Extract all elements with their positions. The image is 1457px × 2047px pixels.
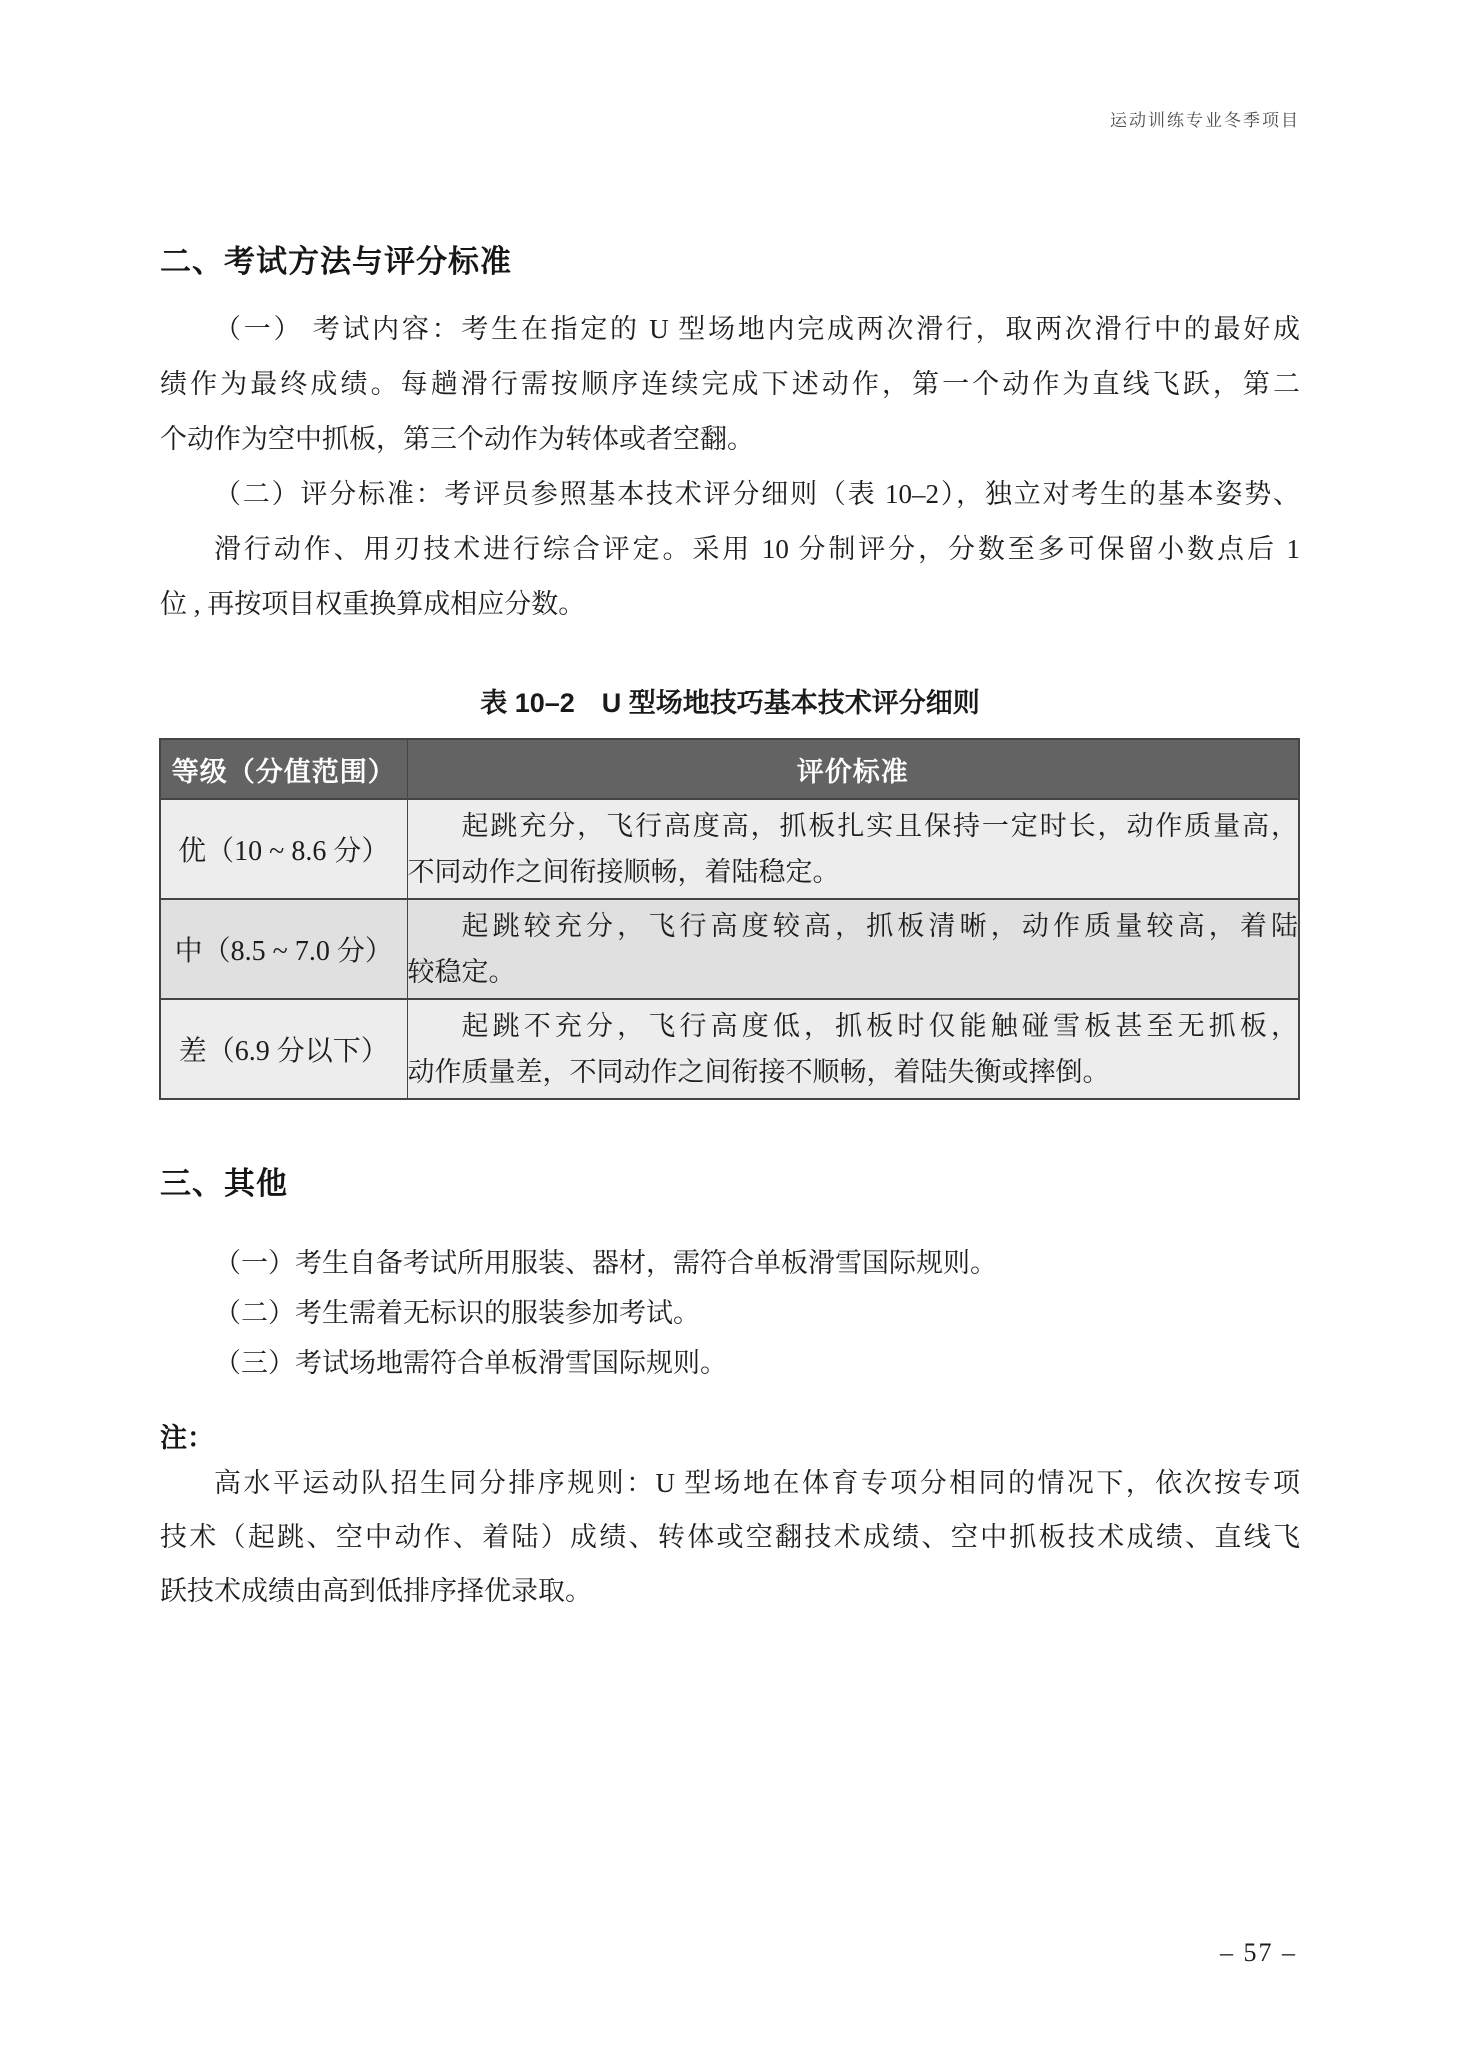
note-line: 跃技术成绩由高到低排序择优录取。 xyxy=(160,1564,1300,1618)
paragraph-line: （一） 考试内容：考生在指定的 U 型场地内完成两次滑行，取两次滑行中的最好成 xyxy=(160,302,1300,357)
section-heading-exam-method: 二、考试方法与评分标准 xyxy=(160,236,512,281)
col-header-grade: 等级（分值范围） xyxy=(160,739,407,799)
list-item: （一）考生自备考试所用服装、器材，需符合单板滑雪国际规则。 xyxy=(160,1238,1300,1288)
table-row-poor: 差（6.9 分以下） 起跳不充分，飞行高度低，抓板时仅能触碰雪板甚至无抓板， 动… xyxy=(160,999,1299,1099)
table-row-medium: 中（8.5 ~ 7.0 分） 起跳较充分，飞行高度较高，抓板清晰，动作质量较高，… xyxy=(160,899,1299,999)
grade-cell: 差（6.9 分以下） xyxy=(160,999,407,1099)
criteria-line: 起跳较充分，飞行高度较高，抓板清晰，动作质量较高，着陆 xyxy=(408,903,1299,949)
paragraph-line: 个动作为空中抓板，第三个动作为转体或者空翻。 xyxy=(160,412,1300,467)
paragraph-line: 位 , 再按项目权重换算成相应分数。 xyxy=(160,577,1300,632)
note-label: 注： xyxy=(160,1416,214,1455)
note-paragraph: 高水平运动队招生同分排序规则：U 型场地在体育专项分相同的情况下，依次按专项 技… xyxy=(160,1456,1300,1618)
note-line: 技术（起跳、空中动作、着陆）成绩、转体或空翻技术成绩、空中抓板技术成绩、直线飞 xyxy=(160,1510,1300,1564)
note-line: 高水平运动队招生同分排序规则：U 型场地在体育专项分相同的情况下，依次按专项 xyxy=(160,1456,1300,1510)
table-header-row: 等级（分值范围） 评价标准 xyxy=(160,739,1299,799)
col-header-criteria: 评价标准 xyxy=(407,739,1299,799)
paragraph-line: 滑行动作、用刃技术进行综合评定。采用 10 分制评分，分数至多可保留小数点后 1 xyxy=(160,522,1300,577)
criteria-cell: 起跳较充分，飞行高度较高，抓板清晰，动作质量较高，着陆 较稳定。 xyxy=(407,899,1299,999)
criteria-line: 不同动作之间衔接顺畅，着陆稳定。 xyxy=(408,849,1299,895)
paragraph-line: （二）评分标准：考评员参照基本技术评分细则（表 10–2），独立对考生的基本姿势… xyxy=(160,467,1300,522)
table-caption: 表 10–2 U 型场地技巧基本技术评分细则 xyxy=(160,681,1300,720)
scoring-rubric-table: 等级（分值范围） 评价标准 优（10 ~ 8.6 分） 起跳充分，飞行高度高，抓… xyxy=(159,738,1300,1100)
other-items-list: （一）考生自备考试所用服装、器材，需符合单板滑雪国际规则。 （二）考生需着无标识… xyxy=(160,1238,1300,1388)
criteria-cell: 起跳充分，飞行高度高，抓板扎实且保持一定时长，动作质量高， 不同动作之间衔接顺畅… xyxy=(407,799,1299,899)
list-item: （三）考试场地需符合单板滑雪国际规则。 xyxy=(160,1338,1300,1388)
criteria-line: 起跳充分，飞行高度高，抓板扎实且保持一定时长，动作质量高， xyxy=(408,803,1299,849)
criteria-line: 动作质量差，不同动作之间衔接不顺畅，着陆失衡或摔倒。 xyxy=(408,1049,1299,1095)
criteria-line: 较稳定。 xyxy=(408,949,1299,995)
running-head: 运动训练专业冬季项目 xyxy=(1110,106,1300,131)
grade-cell: 中（8.5 ~ 7.0 分） xyxy=(160,899,407,999)
section-heading-other: 三、其他 xyxy=(160,1158,288,1203)
criteria-line: 起跳不充分，飞行高度低，抓板时仅能触碰雪板甚至无抓板， xyxy=(408,1003,1299,1049)
exam-method-paragraphs: （一） 考试内容：考生在指定的 U 型场地内完成两次滑行，取两次滑行中的最好成 … xyxy=(160,302,1300,632)
list-item: （二）考生需着无标识的服装参加考试。 xyxy=(160,1288,1300,1338)
page-number: – 57 – xyxy=(1220,1938,1297,1968)
paragraph-line: 绩作为最终成绩。每趟滑行需按顺序连续完成下述动作，第一个动作为直线飞跃，第二 xyxy=(160,357,1300,412)
table-row-excellent: 优（10 ~ 8.6 分） 起跳充分，飞行高度高，抓板扎实且保持一定时长，动作质… xyxy=(160,799,1299,899)
criteria-cell: 起跳不充分，飞行高度低，抓板时仅能触碰雪板甚至无抓板， 动作质量差，不同动作之间… xyxy=(407,999,1299,1099)
document-page: 运动训练专业冬季项目 二、考试方法与评分标准 （一） 考试内容：考生在指定的 U… xyxy=(0,0,1457,2047)
grade-cell: 优（10 ~ 8.6 分） xyxy=(160,799,407,899)
